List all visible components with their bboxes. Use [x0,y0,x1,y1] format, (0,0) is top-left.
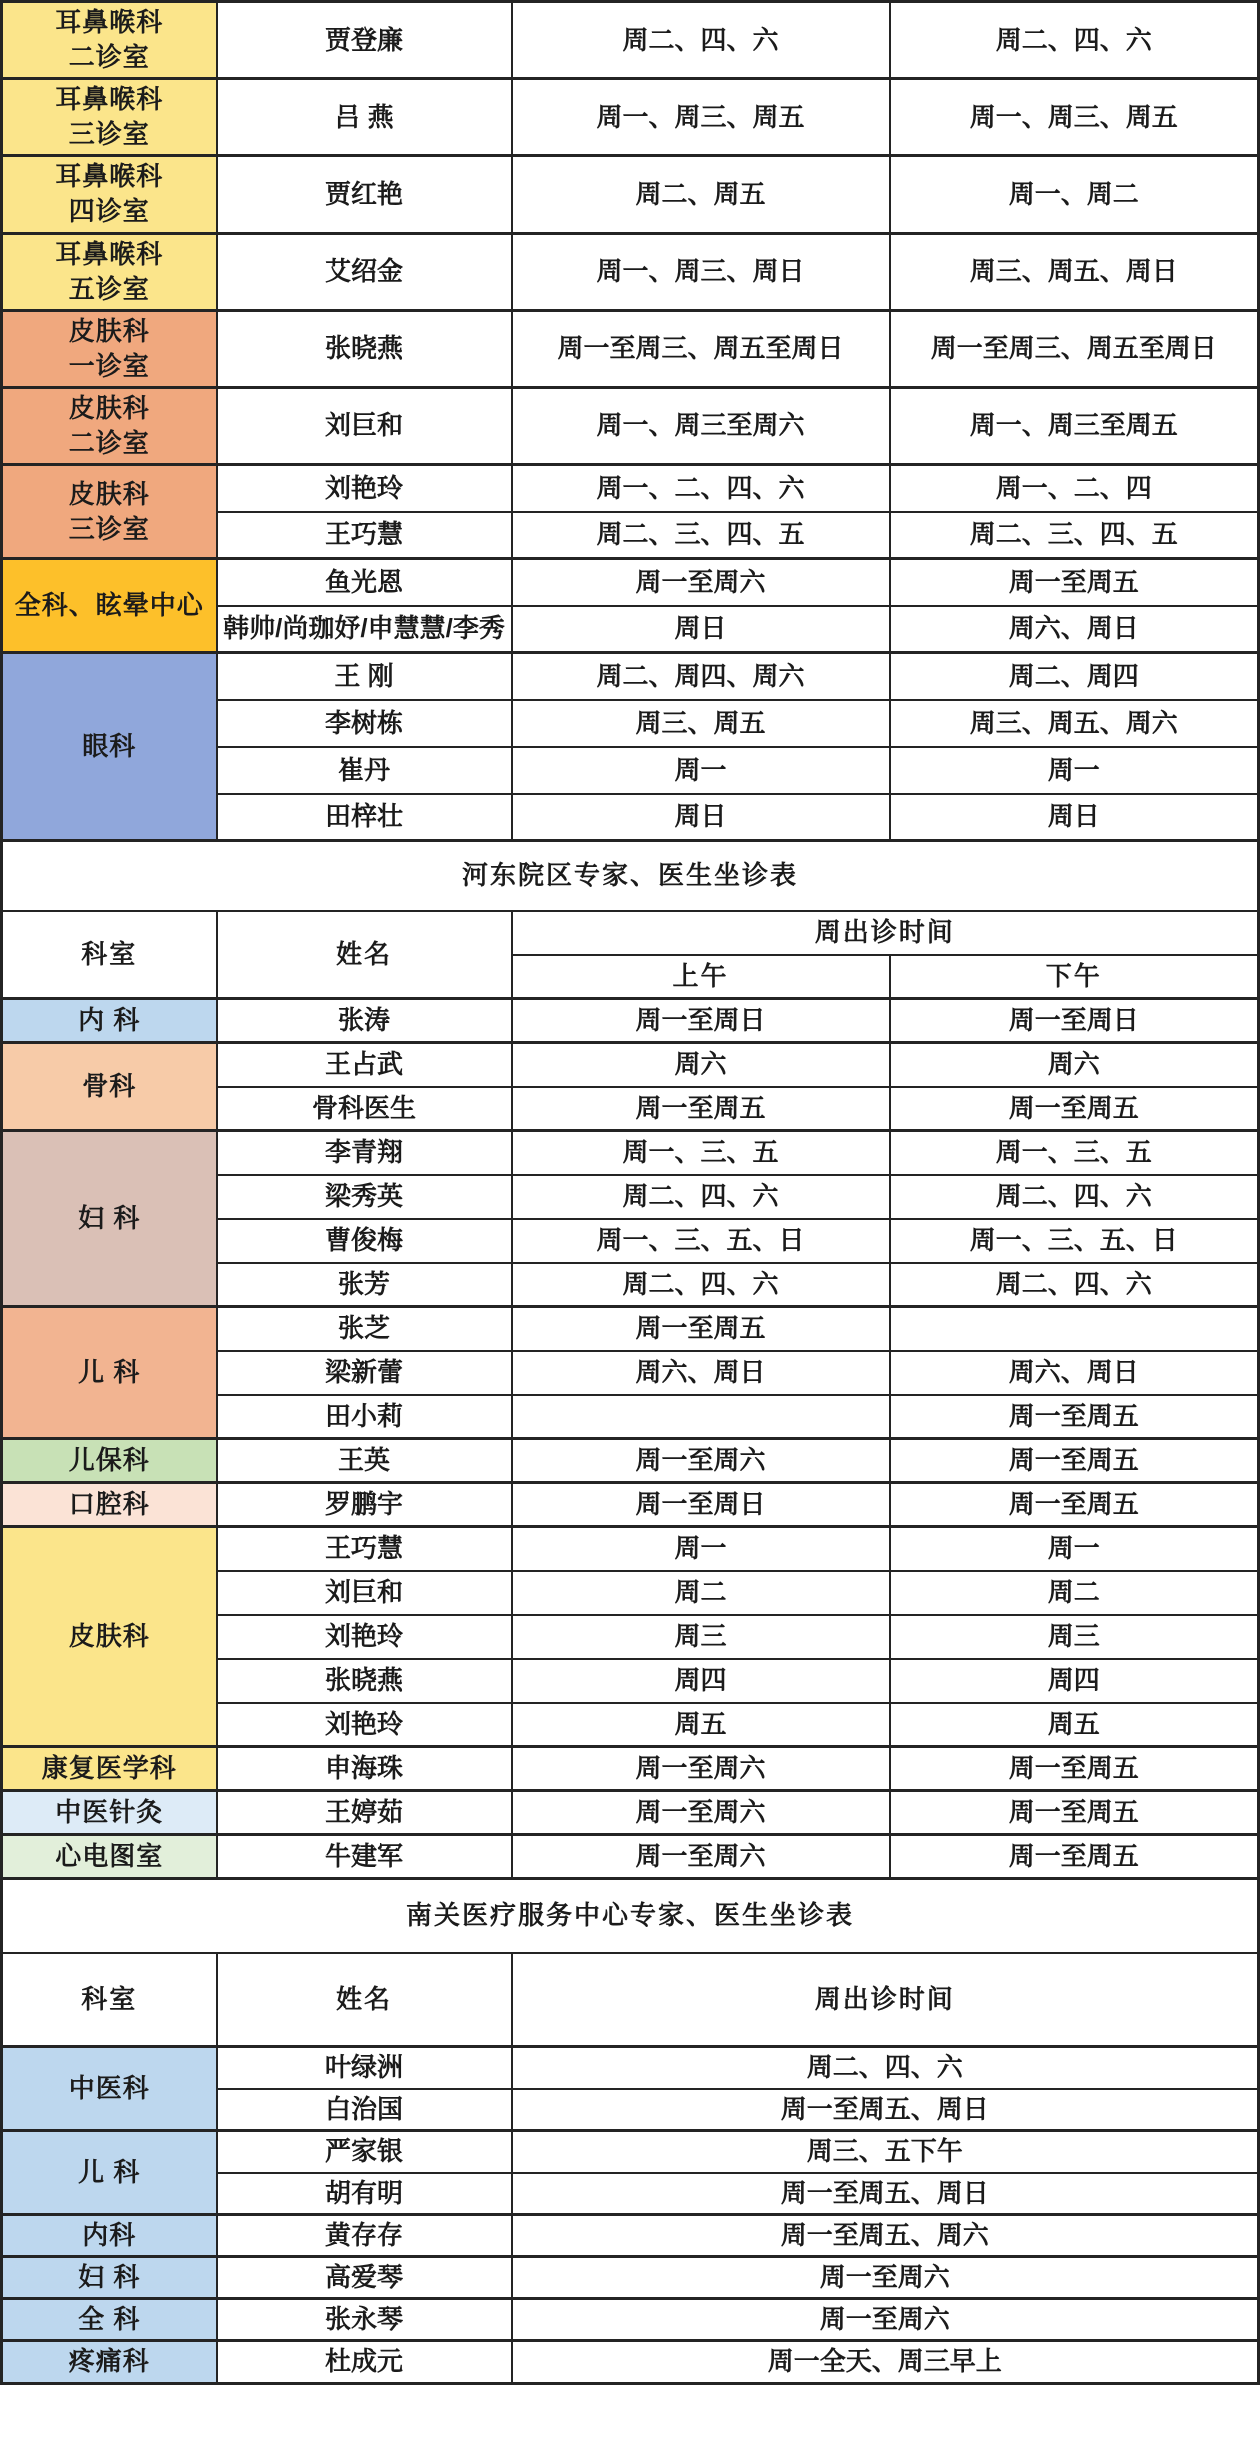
dept-cell: 耳鼻喉科 三诊室 [2,79,217,156]
doctor-name-cell: 王巧慧 [217,1527,512,1571]
doctor-name-cell: 崔丹 [217,747,512,794]
dept-cell: 中医科 [2,2047,217,2131]
schedule-pm-cell: 周一、三、五、日 [890,1219,1259,1263]
schedule-pm-cell: 周一、周二 [890,156,1259,233]
doctor-name-cell: 王婷茹 [217,1791,512,1835]
schedule-pm-cell: 周三、周五、周六 [890,700,1259,747]
schedule-am-cell: 周一、周三、周日 [512,233,890,310]
dept-cell: 妇 科 [2,2257,217,2299]
schedule-pm-cell: 周一至周五 [890,1483,1259,1527]
schedule-am-cell [512,1395,890,1439]
dept-cell: 眼科 [2,653,217,841]
dept-cell: 全科、眩晕中心 [2,559,217,653]
schedule-am-cell: 周一至周五 [512,1307,890,1351]
doctor-name-cell: 贾登廉 [217,2,512,79]
doctor-name-cell: 高爱琴 [217,2257,512,2299]
schedule-pm-cell: 周三、周五、周日 [890,233,1259,310]
doctor-name-cell: 张晓燕 [217,1659,512,1703]
schedule-pm-cell: 周一、二、四 [890,465,1259,512]
schedule-am-cell: 周三 [512,1615,890,1659]
schedule-pm-cell: 周一至周五 [890,1791,1259,1835]
schedule-am-cell: 周二 [512,1571,890,1615]
doctor-name-cell: 王占武 [217,1043,512,1087]
doctor-name-cell: 韩帅/尚珈妤/申慧慧/李秀 [217,606,512,653]
dept-cell: 皮肤科 三诊室 [2,465,217,559]
schedule-am-cell: 周二、四、六 [512,1175,890,1219]
doctor-name-cell: 吕 燕 [217,79,512,156]
schedule-am-cell: 周一、三、五、日 [512,1219,890,1263]
doctor-name-cell: 叶绿洲 [217,2047,512,2089]
dept-cell: 内 科 [2,999,217,1043]
header-pm: 下午 [890,955,1259,999]
schedule-pm-cell: 周一 [890,747,1259,794]
schedule-am-cell: 周一至周五 [512,1087,890,1131]
schedule-pm-cell: 周一至周五 [890,1395,1259,1439]
schedule-am-cell: 周日 [512,606,890,653]
doctor-name-cell: 李树栋 [217,700,512,747]
header-time: 周出诊时间 [512,1953,1259,2047]
doctor-name-cell: 白治国 [217,2089,512,2131]
dept-cell: 内科 [2,2215,217,2257]
doctor-name-cell: 张永琴 [217,2299,512,2341]
dept-cell: 耳鼻喉科 二诊室 [2,2,217,79]
doctor-name-cell: 牛建军 [217,1835,512,1879]
doctor-name-cell: 黄存存 [217,2215,512,2257]
dept-cell: 中医针灸 [2,1791,217,1835]
schedule-pm-cell: 周一、周三至周五 [890,387,1259,464]
doctor-name-cell: 杜成元 [217,2341,512,2383]
doctor-name-cell: 王英 [217,1439,512,1483]
schedule-pm-cell: 周一至周日 [890,999,1259,1043]
schedule-am-cell: 周二、四、六 [512,1263,890,1307]
table-title: 南关医疗服务中心专家、医生坐诊表 [2,1879,1259,1953]
doctor-name-cell: 张芳 [217,1263,512,1307]
schedule-time-cell: 周一至周五、周日 [512,2089,1259,2131]
schedule-pm-cell: 周二、四、六 [890,1175,1259,1219]
schedule-am-cell: 周六、周日 [512,1351,890,1395]
header-name: 姓名 [217,1953,512,2047]
doctor-name-cell: 张芝 [217,1307,512,1351]
doctor-name-cell: 田小莉 [217,1395,512,1439]
schedule-am-cell: 周日 [512,794,890,841]
schedule-am-cell: 周一 [512,1527,890,1571]
dept-cell: 皮肤科 一诊室 [2,310,217,387]
schedule-pm-cell: 周四 [890,1659,1259,1703]
doctor-name-cell: 张涛 [217,999,512,1043]
dept-cell: 儿 科 [2,1307,217,1439]
schedule-pm-cell: 周六 [890,1043,1259,1087]
dept-cell: 儿 科 [2,2131,217,2215]
schedule-table-top: 耳鼻喉科 二诊室贾登廉周二、四、六周二、四、六耳鼻喉科 三诊室吕 燕周一、周三、… [0,0,1260,842]
doctor-name-cell: 刘巨和 [217,1571,512,1615]
header-am: 上午 [512,955,890,999]
header-dept: 科室 [2,911,217,999]
doctor-name-cell: 胡有明 [217,2173,512,2215]
doctor-name-cell: 梁新蕾 [217,1351,512,1395]
doctor-name-cell: 罗鹏宇 [217,1483,512,1527]
header-name: 姓名 [217,911,512,999]
schedule-am-cell: 周一、二、四、六 [512,465,890,512]
doctor-name-cell: 田梓壮 [217,794,512,841]
schedule-pm-cell: 周一、周三、周五 [890,79,1259,156]
dept-cell: 耳鼻喉科 五诊室 [2,233,217,310]
schedule-am-cell: 周一、周三、周五 [512,79,890,156]
schedule-am-cell: 周一至周日 [512,999,890,1043]
doctor-name-cell: 艾绍金 [217,233,512,310]
dept-cell: 骨科 [2,1043,217,1131]
doctor-name-cell: 鱼光恩 [217,559,512,606]
schedule-am-cell: 周一、周三至周六 [512,387,890,464]
dept-cell: 全 科 [2,2299,217,2341]
doctor-name-cell: 曹俊梅 [217,1219,512,1263]
schedule-time-cell: 周一至周五、周日 [512,2173,1259,2215]
schedule-pm-cell: 周一至周五 [890,559,1259,606]
doctor-name-cell: 申海珠 [217,1747,512,1791]
schedule-pm-cell: 周二 [890,1571,1259,1615]
schedule-am-cell: 周四 [512,1659,890,1703]
schedule-am-cell: 周一、三、五 [512,1131,890,1175]
table-title: 河东院区专家、医生坐诊表 [2,841,1259,911]
schedule-pm-cell: 周一至周三、周五至周日 [890,310,1259,387]
schedule-am-cell: 周一至周六 [512,1439,890,1483]
doctor-name-cell: 刘艳玲 [217,1703,512,1747]
dept-cell: 皮肤科 [2,1527,217,1747]
schedule-am-cell: 周一至周三、周五至周日 [512,310,890,387]
doctor-name-cell: 严家银 [217,2131,512,2173]
schedule-pm-cell: 周六、周日 [890,606,1259,653]
dept-cell: 耳鼻喉科 四诊室 [2,156,217,233]
schedule-document: 耳鼻喉科 二诊室贾登廉周二、四、六周二、四、六耳鼻喉科 三诊室吕 燕周一、周三、… [0,0,1260,2385]
header-dept: 科室 [2,1953,217,2047]
dept-cell: 康复医学科 [2,1747,217,1791]
schedule-time-cell: 周一至周六 [512,2257,1259,2299]
doctor-name-cell: 王 刚 [217,653,512,700]
schedule-pm-cell: 周一至周五 [890,1439,1259,1483]
schedule-am-cell: 周二、三、四、五 [512,512,890,559]
schedule-pm-cell: 周二、四、六 [890,1263,1259,1307]
doctor-name-cell: 刘艳玲 [217,1615,512,1659]
schedule-am-cell: 周一至周六 [512,1791,890,1835]
schedule-pm-cell: 周五 [890,1703,1259,1747]
schedule-time-cell: 周一至周五、周六 [512,2215,1259,2257]
schedule-pm-cell: 周一至周五 [890,1087,1259,1131]
schedule-pm-cell: 周一、三、五 [890,1131,1259,1175]
doctor-name-cell: 王巧慧 [217,512,512,559]
doctor-name-cell: 刘巨和 [217,387,512,464]
schedule-am-cell: 周五 [512,1703,890,1747]
schedule-pm-cell: 周一 [890,1527,1259,1571]
schedule-table-nanguan: 南关医疗服务中心专家、医生坐诊表科室姓名周出诊时间中医科叶绿洲周二、四、六白治国… [0,1877,1260,2384]
schedule-am-cell: 周一至周日 [512,1483,890,1527]
schedule-time-cell: 周一至周六 [512,2299,1259,2341]
schedule-pm-cell: 周二、三、四、五 [890,512,1259,559]
schedule-pm-cell [890,1307,1259,1351]
schedule-am-cell: 周一 [512,747,890,794]
doctor-name-cell: 张晓燕 [217,310,512,387]
schedule-pm-cell: 周一至周五 [890,1747,1259,1791]
schedule-time-cell: 周二、四、六 [512,2047,1259,2089]
schedule-am-cell: 周二、四、六 [512,2,890,79]
schedule-pm-cell: 周日 [890,794,1259,841]
dept-cell: 儿保科 [2,1439,217,1483]
schedule-am-cell: 周一至周六 [512,1747,890,1791]
dept-cell: 皮肤科 二诊室 [2,387,217,464]
schedule-am-cell: 周二、周五 [512,156,890,233]
dept-cell: 妇 科 [2,1131,217,1307]
schedule-pm-cell: 周一至周五 [890,1835,1259,1879]
doctor-name-cell: 梁秀英 [217,1175,512,1219]
doctor-name-cell: 骨科医生 [217,1087,512,1131]
schedule-pm-cell: 周六、周日 [890,1351,1259,1395]
schedule-pm-cell: 周二、四、六 [890,2,1259,79]
schedule-pm-cell: 周三 [890,1615,1259,1659]
doctor-name-cell: 李青翔 [217,1131,512,1175]
schedule-pm-cell: 周二、周四 [890,653,1259,700]
schedule-am-cell: 周一至周六 [512,1835,890,1879]
schedule-am-cell: 周二、周四、周六 [512,653,890,700]
schedule-time-cell: 周一全天、周三早上 [512,2341,1259,2383]
doctor-name-cell: 刘艳玲 [217,465,512,512]
dept-cell: 心电图室 [2,1835,217,1879]
header-time: 周出诊时间 [512,911,1259,955]
schedule-time-cell: 周三、五下午 [512,2131,1259,2173]
dept-cell: 口腔科 [2,1483,217,1527]
schedule-am-cell: 周一至周六 [512,559,890,606]
schedule-table-hedong: 河东院区专家、医生坐诊表科室姓名周出诊时间上午下午内 科张涛周一至周日周一至周日… [0,839,1260,1880]
schedule-am-cell: 周三、周五 [512,700,890,747]
schedule-am-cell: 周六 [512,1043,890,1087]
dept-cell: 疼痛科 [2,2341,217,2383]
doctor-name-cell: 贾红艳 [217,156,512,233]
